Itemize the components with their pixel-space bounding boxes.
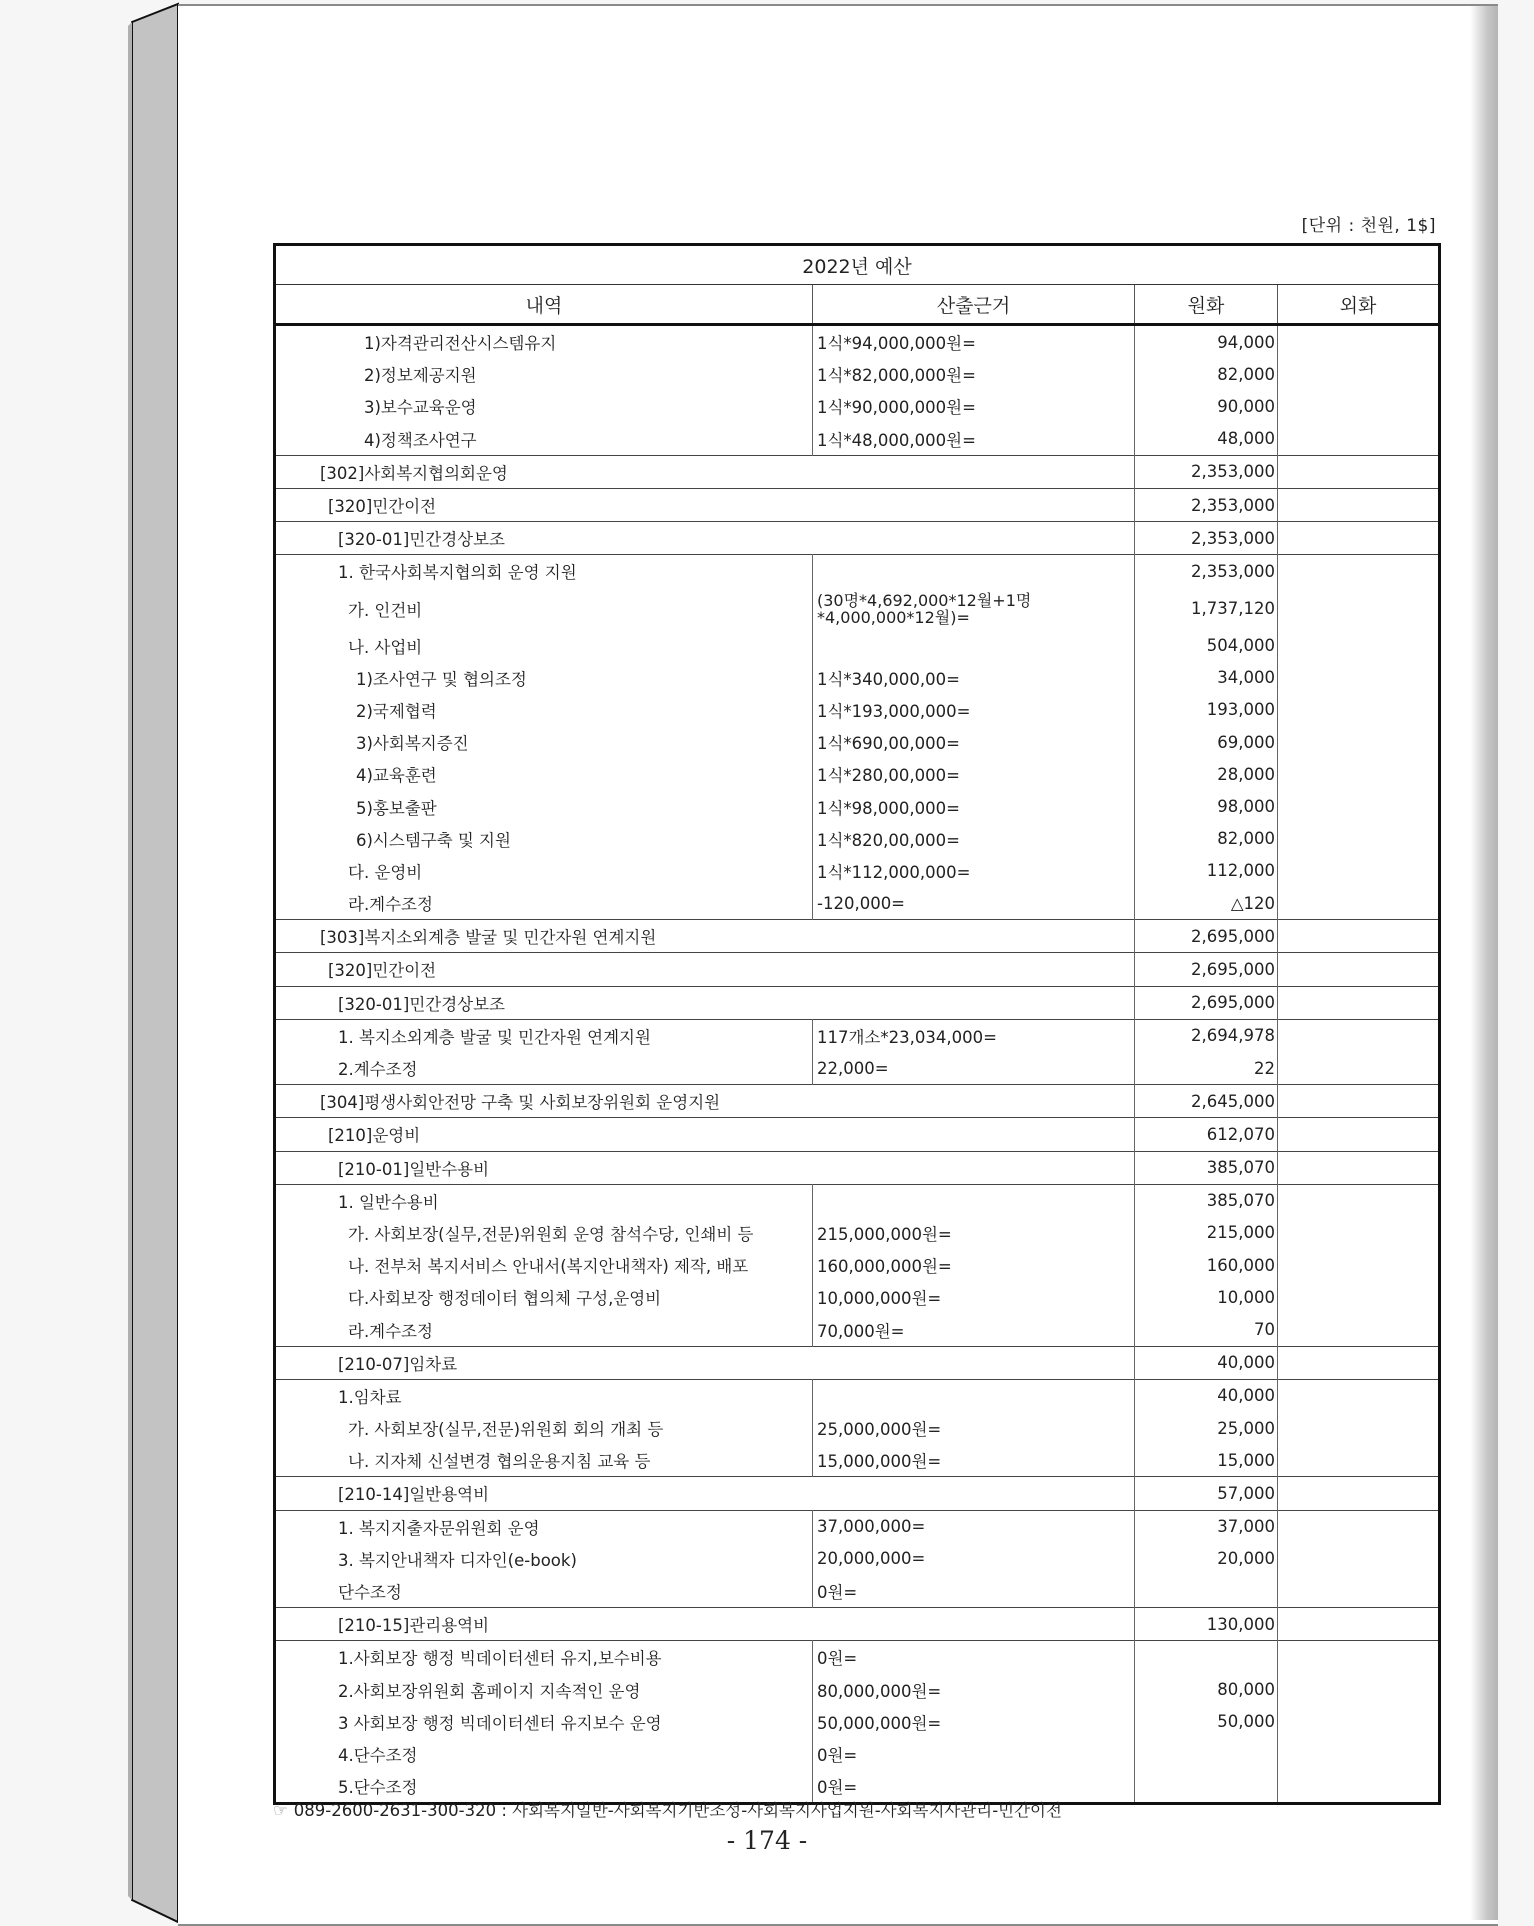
row-item: 6)시스템구축 및 지원 [275,823,813,855]
table-row: [210-07]임차료40,000 [275,1346,1440,1379]
table-row: [210-14]일반용역비57,000 [275,1477,1440,1510]
row-item: [302]사회복지협의회운영 [275,455,1135,488]
row-foreign-amount [1278,1674,1440,1706]
column-header-foreign: 외화 [1278,285,1440,325]
row-foreign-amount [1278,887,1440,920]
table-row: 4.단수조정0원= [275,1738,1440,1770]
row-krw-amount: △120 [1135,887,1278,920]
table-row: 1. 복지지출자문위원회 운영37,000,000=37,000 [275,1510,1440,1543]
row-item: 나. 지자체 신설변경 협의운용지침 교육 등 [275,1444,813,1477]
row-item: [320]민간이전 [275,953,1135,986]
row-basis: 160,000,000원= [813,1249,1135,1281]
row-foreign-amount [1278,455,1440,488]
row-item: 2.사회보장위원회 홈페이지 지속적인 운영 [275,1674,813,1706]
row-item: 4.단수조정 [275,1738,813,1770]
account-code-text: 089-2600-2631-300-320 : 사회복지일반-사회복지기반조성-… [294,1801,1062,1820]
row-foreign-amount [1278,1281,1440,1313]
row-krw-amount [1135,1575,1278,1608]
page-shadow [1470,6,1498,1920]
table-row: 4)정책조사연구1식*48,000,000원=48,000 [275,423,1440,456]
row-krw-amount: 69,000 [1135,726,1278,758]
row-item: 5)홍보출판 [275,790,813,822]
row-item: [210]운영비 [275,1118,1135,1151]
row-item: [210-15]관리용역비 [275,1608,1135,1641]
row-foreign-amount [1278,1118,1440,1151]
column-header-item: 내역 [275,285,813,325]
row-krw-amount: 385,070 [1135,1184,1278,1217]
row-foreign-amount [1278,1313,1440,1346]
table-row: [320-01]민간경상보조2,353,000 [275,522,1440,555]
table-row: 2.사회보장위원회 홈페이지 지속적인 운영80,000,000원=80,000 [275,1674,1440,1706]
row-foreign-amount [1278,1444,1440,1477]
table-body: 1)자격관리전산시스템유지1식*94,000,000원=94,0002)정보제공… [275,325,1440,1804]
row-basis: 1식*820,00,000= [813,823,1135,855]
row-item: 2)정보제공지원 [275,358,813,390]
table-row: 1. 복지소외계층 발굴 및 민간자원 연계지원117개소*23,034,000… [275,1019,1440,1052]
table-row: 5)홍보출판1식*98,000,000=98,000 [275,790,1440,822]
table-row: 가. 인건비(30명*4,692,000*12월+1명*4,000,000*12… [275,588,1440,630]
row-item: 다. 운영비 [275,855,813,887]
table-row: 3. 복지안내책자 디자인(e-book)20,000,000=20,000 [275,1543,1440,1575]
page-edge [1498,4,1534,1922]
row-item: 나. 전부처 복지서비스 안내서(복지안내책자) 제작, 배포 [275,1249,813,1281]
row-foreign-amount [1278,1346,1440,1379]
row-basis: 37,000,000= [813,1510,1135,1543]
row-item: 가. 사회보장(실무,전문)위원회 회의 개최 등 [275,1412,813,1444]
row-krw-amount: 48,000 [1135,423,1278,456]
row-item: 3. 복지안내책자 디자인(e-book) [275,1543,813,1575]
table-row: 1.임차료40,000 [275,1379,1440,1412]
row-krw-amount: 37,000 [1135,1510,1278,1543]
row-basis: -120,000= [813,887,1135,920]
row-foreign-amount [1278,920,1440,953]
row-krw-amount: 40,000 [1135,1379,1278,1412]
row-item: 1.임차료 [275,1379,813,1412]
table-row: 2.계수조정22,000=22 [275,1052,1440,1085]
row-foreign-amount [1278,390,1440,422]
row-item: 가. 사회보장(실무,전문)위원회 운영 참석수당, 인쇄비 등 [275,1217,813,1249]
row-basis: 0원= [813,1641,1135,1674]
row-krw-amount: 1,737,120 [1135,588,1278,630]
row-krw-amount: 504,000 [1135,630,1278,662]
row-item: 2.계수조정 [275,1052,813,1085]
row-basis: 1식*90,000,000원= [813,390,1135,422]
table-row: 2)국제협력1식*193,000,000=193,000 [275,694,1440,726]
row-foreign-amount [1278,1379,1440,1412]
table-row: 3 사회보장 행정 빅데이터센터 유지보수 운영50,000,000원=50,0… [275,1706,1440,1738]
row-krw-amount: 50,000 [1135,1706,1278,1738]
table-row: 가. 사회보장(실무,전문)위원회 운영 참석수당, 인쇄비 등215,000,… [275,1217,1440,1249]
budget-table: 2022년 예산 내역 산출근거 원화 외화 1)자격관리전산시스템유지1식*9… [273,243,1441,1805]
row-krw-amount: 28,000 [1135,758,1278,790]
row-item: [320-01]민간경상보조 [275,522,1135,555]
row-item: [320]민간이전 [275,488,1135,521]
table-row: [320]민간이전2,353,000 [275,488,1440,521]
row-item: 3)보수교육운영 [275,390,813,422]
table-row: 1. 일반수용비385,070 [275,1184,1440,1217]
row-item: 1. 한국사회복지협의회 운영 지원 [275,555,813,588]
row-basis: 1식*94,000,000원= [813,325,1135,359]
row-krw-amount: 34,000 [1135,662,1278,694]
table-row: 나. 전부처 복지서비스 안내서(복지안내책자) 제작, 배포160,000,0… [275,1249,1440,1281]
row-krw-amount: 22 [1135,1052,1278,1085]
row-foreign-amount [1278,986,1440,1019]
row-basis: 215,000,000원= [813,1217,1135,1249]
row-foreign-amount [1278,758,1440,790]
row-krw-amount: 82,000 [1135,823,1278,855]
row-basis: 22,000= [813,1052,1135,1085]
table-row: [303]복지소외계층 발굴 및 민간자원 연계지원2,695,000 [275,920,1440,953]
row-item: 4)정책조사연구 [275,423,813,456]
row-foreign-amount [1278,726,1440,758]
row-foreign-amount [1278,953,1440,986]
row-item: 라.계수조정 [275,887,813,920]
row-krw-amount: 2,353,000 [1135,522,1278,555]
table-row: [210]운영비612,070 [275,1118,1440,1151]
row-foreign-amount [1278,358,1440,390]
row-krw-amount: 160,000 [1135,1249,1278,1281]
row-foreign-amount [1278,423,1440,456]
row-krw-amount: 40,000 [1135,1346,1278,1379]
table-row: 라.계수조정-120,000=△120 [275,887,1440,920]
row-item: 단수조정 [275,1575,813,1608]
table-row: 1.사회보장 행정 빅데이터센터 유지,보수비용0원= [275,1641,1440,1674]
row-item: 3 사회보장 행정 빅데이터센터 유지보수 운영 [275,1706,813,1738]
row-item: 나. 사업비 [275,630,813,662]
row-krw-amount: 82,000 [1135,358,1278,390]
row-basis: 117개소*23,034,000= [813,1019,1135,1052]
table-title: 2022년 예산 [275,245,1440,285]
row-foreign-amount [1278,555,1440,588]
row-foreign-amount [1278,823,1440,855]
table-row: 3)보수교육운영1식*90,000,000원=90,000 [275,390,1440,422]
row-foreign-amount [1278,790,1440,822]
row-foreign-amount [1278,1738,1440,1770]
row-foreign-amount [1278,1641,1440,1674]
row-basis [813,630,1135,662]
row-krw-amount: 2,695,000 [1135,920,1278,953]
table-row: 가. 사회보장(실무,전문)위원회 회의 개최 등25,000,000원=25,… [275,1412,1440,1444]
row-item: 1.사회보장 행정 빅데이터센터 유지,보수비용 [275,1641,813,1674]
row-item: [210-07]임차료 [275,1346,1135,1379]
row-krw-amount: 612,070 [1135,1118,1278,1151]
account-code-note: ☞089-2600-2631-300-320 : 사회복지일반-사회복지기반조성… [273,1797,1062,1821]
row-basis: 25,000,000원= [813,1412,1135,1444]
table-row: [304]평생사회안전망 구축 및 사회보장위원회 운영지원2,645,000 [275,1085,1440,1118]
row-foreign-amount [1278,1184,1440,1217]
column-header-basis: 산출근거 [813,285,1135,325]
table-row: 나. 지자체 신설변경 협의운용지침 교육 등15,000,000원=15,00… [275,1444,1440,1477]
row-krw-amount: 98,000 [1135,790,1278,822]
table-row: 4)교육훈련1식*280,00,000=28,000 [275,758,1440,790]
row-foreign-amount [1278,855,1440,887]
row-krw-amount: 2,353,000 [1135,488,1278,521]
row-krw-amount: 193,000 [1135,694,1278,726]
row-item: 4)교육훈련 [275,758,813,790]
row-basis: 10,000,000원= [813,1281,1135,1313]
row-item: [210-01]일반수용비 [275,1151,1135,1184]
row-basis: 70,000원= [813,1313,1135,1346]
row-krw-amount: 2,353,000 [1135,555,1278,588]
row-foreign-amount [1278,1770,1440,1804]
row-krw-amount: 80,000 [1135,1674,1278,1706]
row-krw-amount: 94,000 [1135,325,1278,359]
row-item: 3)사회복지증진 [275,726,813,758]
row-krw-amount: 57,000 [1135,1477,1278,1510]
row-foreign-amount [1278,1477,1440,1510]
row-basis: 1식*48,000,000원= [813,423,1135,456]
row-krw-amount: 215,000 [1135,1217,1278,1249]
row-basis: 1식*193,000,000= [813,694,1135,726]
row-basis: 50,000,000원= [813,1706,1135,1738]
row-krw-amount: 70 [1135,1313,1278,1346]
row-basis: 80,000,000원= [813,1674,1135,1706]
row-foreign-amount [1278,325,1440,359]
table-row: [210-01]일반수용비385,070 [275,1151,1440,1184]
row-krw-amount: 2,695,000 [1135,953,1278,986]
row-foreign-amount [1278,1575,1440,1608]
row-krw-amount: 20,000 [1135,1543,1278,1575]
row-item: 라.계수조정 [275,1313,813,1346]
row-krw-amount: 2,695,000 [1135,986,1278,1019]
row-basis: 1식*690,00,000= [813,726,1135,758]
row-basis [813,555,1135,588]
table-row: 6)시스템구축 및 지원1식*820,00,000=82,000 [275,823,1440,855]
row-basis: 20,000,000= [813,1543,1135,1575]
row-basis [813,1184,1135,1217]
table-row: 1)자격관리전산시스템유지1식*94,000,000원=94,000 [275,325,1440,359]
row-item: 2)국제협력 [275,694,813,726]
row-krw-amount [1135,1738,1278,1770]
row-item: 가. 인건비 [275,588,813,630]
row-krw-amount: 25,000 [1135,1412,1278,1444]
row-item: 1. 복지지출자문위원회 운영 [275,1510,813,1543]
row-foreign-amount [1278,662,1440,694]
row-item: 1. 일반수용비 [275,1184,813,1217]
row-foreign-amount [1278,522,1440,555]
table-row: 3)사회복지증진1식*690,00,000=69,000 [275,726,1440,758]
row-basis: 1식*340,000,00= [813,662,1135,694]
row-foreign-amount [1278,1510,1440,1543]
table-row: 다. 운영비1식*112,000,000=112,000 [275,855,1440,887]
table-row: 단수조정0원= [275,1575,1440,1608]
row-item: [303]복지소외계층 발굴 및 민간자원 연계지원 [275,920,1135,953]
row-foreign-amount [1278,1543,1440,1575]
pointing-hand-icon: ☞ [273,1801,288,1820]
row-item: [320-01]민간경상보조 [275,986,1135,1019]
table-row: 1)조사연구 및 협의조정1식*340,000,00=34,000 [275,662,1440,694]
row-foreign-amount [1278,488,1440,521]
column-header-krw: 원화 [1135,285,1278,325]
table-row: 라.계수조정70,000원=70 [275,1313,1440,1346]
row-basis: 1식*112,000,000= [813,855,1135,887]
row-foreign-amount [1278,1249,1440,1281]
row-foreign-amount [1278,1217,1440,1249]
table-row: [210-15]관리용역비130,000 [275,1608,1440,1641]
row-foreign-amount [1278,1085,1440,1118]
row-item: [210-14]일반용역비 [275,1477,1135,1510]
row-krw-amount: 15,000 [1135,1444,1278,1477]
page-number: - 174 - [0,1826,1534,1855]
row-foreign-amount [1278,1151,1440,1184]
row-basis: 15,000,000원= [813,1444,1135,1477]
table-row: [320]민간이전2,695,000 [275,953,1440,986]
row-krw-amount: 112,000 [1135,855,1278,887]
row-foreign-amount [1278,1412,1440,1444]
table-row: 2)정보제공지원1식*82,000,000원=82,000 [275,358,1440,390]
row-basis: 1식*98,000,000= [813,790,1135,822]
row-basis: 0원= [813,1738,1135,1770]
row-foreign-amount [1278,1608,1440,1641]
table-row: 다.사회보장 행정데이터 협의체 구성,운영비10,000,000원=10,00… [275,1281,1440,1313]
row-krw-amount [1135,1641,1278,1674]
row-foreign-amount [1278,694,1440,726]
row-foreign-amount [1278,1706,1440,1738]
row-krw-amount [1135,1770,1278,1804]
row-item: [304]평생사회안전망 구축 및 사회보장위원회 운영지원 [275,1085,1135,1118]
table-row: [302]사회복지협의회운영2,353,000 [275,455,1440,488]
row-krw-amount: 2,353,000 [1135,455,1278,488]
row-foreign-amount [1278,630,1440,662]
row-krw-amount: 385,070 [1135,1151,1278,1184]
row-basis: 1식*280,00,000= [813,758,1135,790]
row-krw-amount: 90,000 [1135,390,1278,422]
unit-note: [단위 : 천원, 1$] [1302,211,1436,236]
row-krw-amount: 130,000 [1135,1608,1278,1641]
row-krw-amount: 10,000 [1135,1281,1278,1313]
row-foreign-amount [1278,1019,1440,1052]
row-item: 1. 복지소외계층 발굴 및 민간자원 연계지원 [275,1019,813,1052]
row-basis: 1식*82,000,000원= [813,358,1135,390]
table-row: [320-01]민간경상보조2,695,000 [275,986,1440,1019]
row-foreign-amount [1278,1052,1440,1085]
row-foreign-amount [1278,588,1440,630]
row-krw-amount: 2,645,000 [1135,1085,1278,1118]
row-item: 1)자격관리전산시스템유지 [275,325,813,359]
row-item: 다.사회보장 행정데이터 협의체 구성,운영비 [275,1281,813,1313]
row-basis: (30명*4,692,000*12월+1명*4,000,000*12월)= [813,588,1135,630]
table-row: 나. 사업비504,000 [275,630,1440,662]
row-krw-amount: 2,694,978 [1135,1019,1278,1052]
row-basis: 0원= [813,1575,1135,1608]
row-basis [813,1379,1135,1412]
table-row: 1. 한국사회복지협의회 운영 지원2,353,000 [275,555,1440,588]
row-item: 1)조사연구 및 협의조정 [275,662,813,694]
